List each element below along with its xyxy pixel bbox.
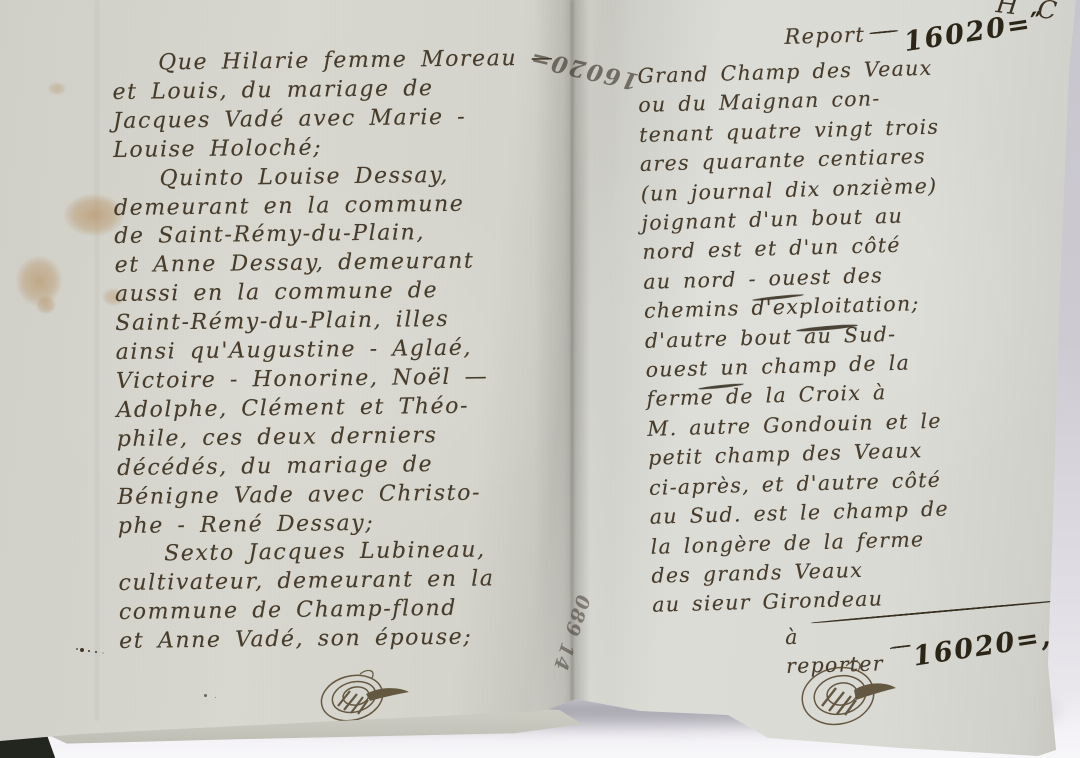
right-page-lines: Grand Champ des Veauxou du Maignan con-t… — [637, 51, 1062, 621]
paraph-flourish-icon — [788, 652, 904, 738]
manuscript-line: Que Hilarie femme Moreau — — [112, 45, 542, 79]
manuscript-line: cultivateur, demeurant en la — [118, 565, 548, 599]
foxing-stain — [48, 82, 66, 95]
ink-dots — [204, 694, 207, 697]
left-page-text: Que Hilarie femme Moreau —et Louis, du m… — [112, 45, 549, 657]
manuscript-line: et Anne Vadé, son épouse; — [119, 623, 549, 657]
foxing-stain — [36, 296, 56, 314]
footer-swoosh-stroke — [889, 645, 910, 649]
left-crease-line — [96, 0, 98, 720]
carry-forward-amount: 16020=,, — [911, 621, 1065, 673]
ink-dots — [80, 648, 84, 652]
right-page-text: Report 16020=″ Grand Champ des Veauxou d… — [636, 11, 1064, 686]
manuscript-sheet: Que Hilarie femme Moreau —et Louis, du m… — [0, 0, 1080, 758]
report-label: Report — [784, 21, 865, 53]
photo-backdrop: Que Hilarie femme Moreau —et Louis, du m… — [0, 0, 1080, 758]
header-dash-stroke — [869, 30, 898, 35]
manuscript-line: Victoire - Honorine, Noël — — [116, 363, 546, 397]
